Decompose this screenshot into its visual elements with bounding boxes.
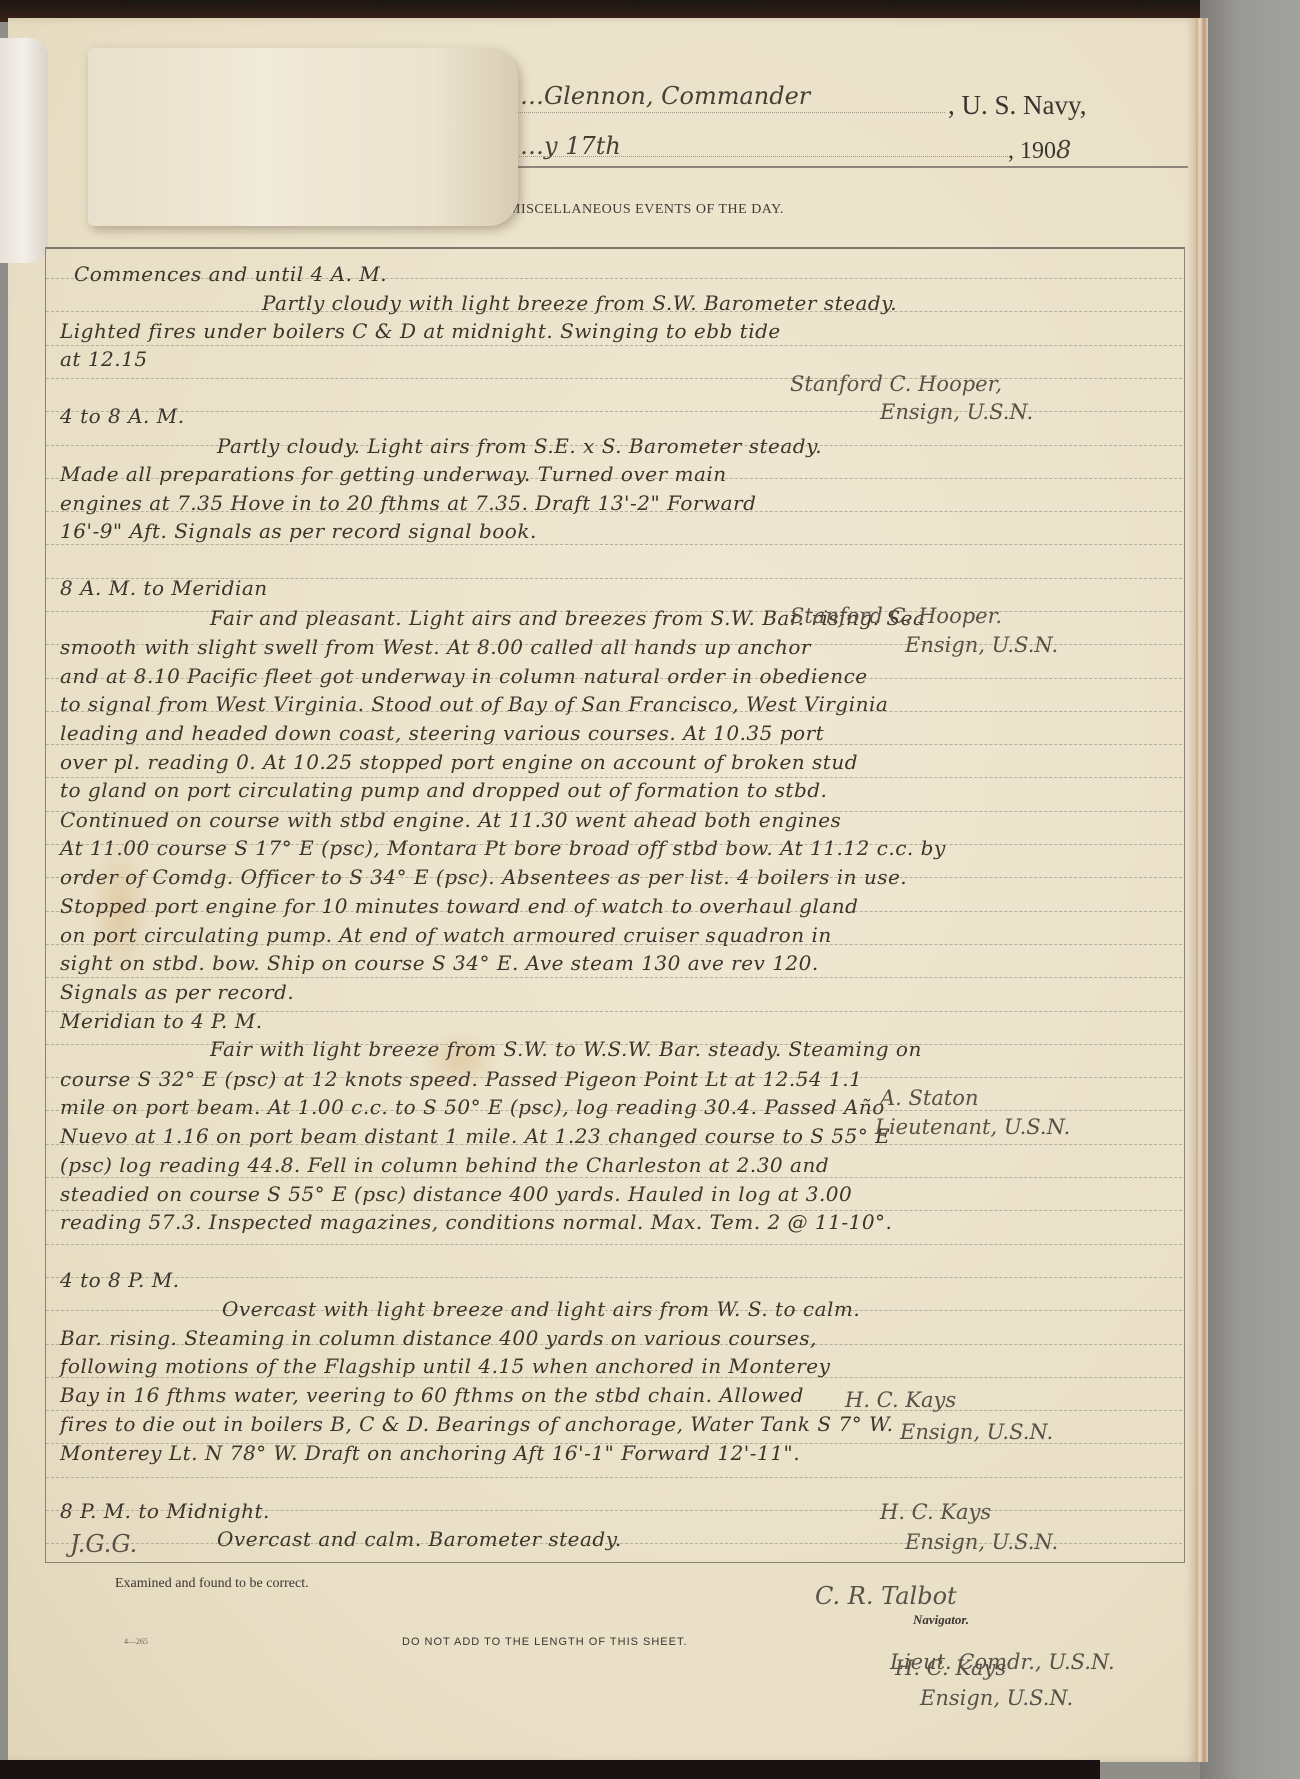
ruled-line bbox=[46, 1177, 1182, 1178]
log-entry-line: leading and headed down coast, steering … bbox=[60, 721, 824, 745]
log-entry-line: At 11.00 course S 17° E (psc), Montara P… bbox=[60, 836, 946, 860]
signature-5-title: Ensign, U.S.N. bbox=[920, 1686, 1073, 1710]
log-entry-line: 8 A. M. to Meridian bbox=[60, 576, 268, 600]
folded-paper-flap bbox=[88, 48, 518, 226]
log-entry-line: Monterey Lt. N 78° W. Draft on anchoring… bbox=[60, 1441, 800, 1465]
navigator-rank: Lieut. Comdr., U.S.N. bbox=[890, 1650, 1115, 1674]
log-entry-line: Bay in 16 fthms water, veering to 60 fth… bbox=[60, 1383, 804, 1407]
date-dotline bbox=[515, 156, 1010, 157]
signature-6-name: H. C. Kays bbox=[880, 1500, 991, 1524]
log-entry-line: engines at 7.35 Hove in to 20 fthms at 7… bbox=[60, 491, 756, 515]
log-entry-line: on port circulating pump. At end of watc… bbox=[60, 923, 832, 947]
log-entry-line: Overcast with light breeze and light air… bbox=[222, 1297, 860, 1321]
commander-dotline bbox=[515, 112, 945, 113]
log-entry-line: Commences and until 4 A. M. bbox=[74, 262, 387, 286]
year-handwritten: 8 bbox=[1056, 136, 1071, 164]
initials: J.G.G. bbox=[70, 1530, 137, 1558]
ruled-line bbox=[46, 1410, 1182, 1411]
year-printed: , 190 bbox=[1008, 138, 1056, 164]
log-entry-line: 8 P. M. to Midnight. bbox=[60, 1499, 270, 1523]
log-entry-line: course S 32° E (psc) at 12 knots speed. … bbox=[60, 1067, 862, 1091]
log-entry-line: and at 8.10 Pacific fleet got underway i… bbox=[60, 664, 868, 688]
log-entry-line: sight on stbd. bow. Ship on course S 34°… bbox=[60, 951, 819, 975]
log-entry-line: following motions of the Flagship until … bbox=[60, 1354, 830, 1378]
log-entry-line: order of Comdg. Officer to S 34° E (psc)… bbox=[60, 865, 907, 889]
signature-6-title: Ensign, U.S.N. bbox=[905, 1530, 1058, 1554]
section-title: MISCELLANEOUS EVENTS OF THE DAY. bbox=[508, 202, 784, 218]
signature-4-name: H. C. Kays bbox=[845, 1388, 956, 1412]
ruled-line bbox=[46, 544, 1182, 545]
signature-3-title: Lieutenant, U.S.N. bbox=[875, 1115, 1070, 1139]
year-label: , 1908 bbox=[1008, 136, 1071, 165]
signature-3-name: A. Staton bbox=[880, 1086, 978, 1110]
log-entry-line: Lighted fires under boilers C & D at mid… bbox=[60, 319, 781, 343]
ruled-line bbox=[46, 345, 1182, 346]
log-entry-line: smooth with slight swell from West. At 8… bbox=[60, 635, 811, 659]
book-binding-bottom bbox=[0, 1760, 1100, 1779]
log-entry-line: (psc) log reading 44.8. Fell in column b… bbox=[60, 1153, 829, 1177]
log-entry-line: Partly cloudy with light breeze from S.W… bbox=[262, 291, 897, 315]
commander-name-handwritten: …Glennon, Commander bbox=[520, 82, 810, 110]
log-entry-line: over pl. reading 0. At 10.25 stopped por… bbox=[60, 750, 858, 774]
navy-label: , U. S. Navy, bbox=[948, 90, 1087, 121]
ruled-line bbox=[46, 378, 1182, 379]
log-entry-line: 16'-9" Aft. Signals as per record signal… bbox=[60, 519, 537, 543]
log-entry-line: fires to die out in boilers B, C & D. Be… bbox=[60, 1412, 893, 1436]
ruled-line bbox=[46, 1277, 1182, 1278]
log-entry-line: 4 to 8 A. M. bbox=[60, 404, 185, 428]
navigator-signature: C. R. Talbot bbox=[815, 1582, 957, 1610]
log-entry-line: Overcast and calm. Barometer steady. bbox=[217, 1527, 622, 1551]
log-entry-line: to gland on port circulating pump and dr… bbox=[60, 778, 827, 802]
log-entry-line: reading 57.3. Inspected magazines, condi… bbox=[60, 1210, 892, 1234]
form-number: 4—265 bbox=[124, 1637, 148, 1646]
log-entry-line: at 12.15 bbox=[60, 347, 148, 371]
signature-4-title: Ensign, U.S.N. bbox=[900, 1420, 1053, 1444]
signature-2-name: Stanford C. Hooper. bbox=[790, 604, 1002, 628]
log-entry-line: Nuevo at 1.16 on port beam distant 1 mil… bbox=[60, 1124, 890, 1148]
ruled-line bbox=[46, 977, 1182, 978]
log-entry-line: Partly cloudy. Light airs from S.E. x S.… bbox=[217, 434, 822, 458]
ruled-line bbox=[46, 1244, 1182, 1245]
log-entry-line: 4 to 8 P. M. bbox=[60, 1268, 180, 1292]
log-entry-line: mile on port beam. At 1.00 c.c. to S 50°… bbox=[60, 1095, 885, 1119]
navigator-label: Navigator. bbox=[913, 1612, 969, 1628]
log-entry-line: Made all preparations for getting underw… bbox=[60, 462, 727, 486]
log-entry-line: Signals as per record. bbox=[60, 980, 294, 1004]
log-entry-line: to signal from West Virginia. Stood out … bbox=[60, 692, 888, 716]
cloth-weight bbox=[0, 38, 48, 263]
examined-label: Examined and found to be correct. bbox=[115, 1576, 309, 1592]
log-entry-line: Stopped port engine for 10 minutes towar… bbox=[60, 894, 858, 918]
log-entry-line: Fair with light breeze from S.W. to W.S.… bbox=[210, 1037, 922, 1061]
page-edge bbox=[1196, 18, 1208, 1762]
log-entry-line: Bar. rising. Steaming in column distance… bbox=[60, 1326, 817, 1350]
ruled-line bbox=[46, 1477, 1182, 1478]
log-entry-line: Continued on course with stbd engine. At… bbox=[60, 808, 841, 832]
log-entry-line: Meridian to 4 P. M. bbox=[60, 1009, 263, 1033]
sheet-notice: DO NOT ADD TO THE LENGTH OF THIS SHEET. bbox=[402, 1636, 688, 1648]
signature-1-name: Stanford C. Hooper, bbox=[790, 372, 1002, 396]
background-surface bbox=[1200, 0, 1300, 1779]
signature-2-title: Ensign, U.S.N. bbox=[905, 633, 1058, 657]
header-divider bbox=[510, 166, 1188, 168]
log-entry-line: steadied on course S 55° E (psc) distanc… bbox=[60, 1182, 852, 1206]
signature-1-title: Ensign, U.S.N. bbox=[880, 400, 1033, 424]
